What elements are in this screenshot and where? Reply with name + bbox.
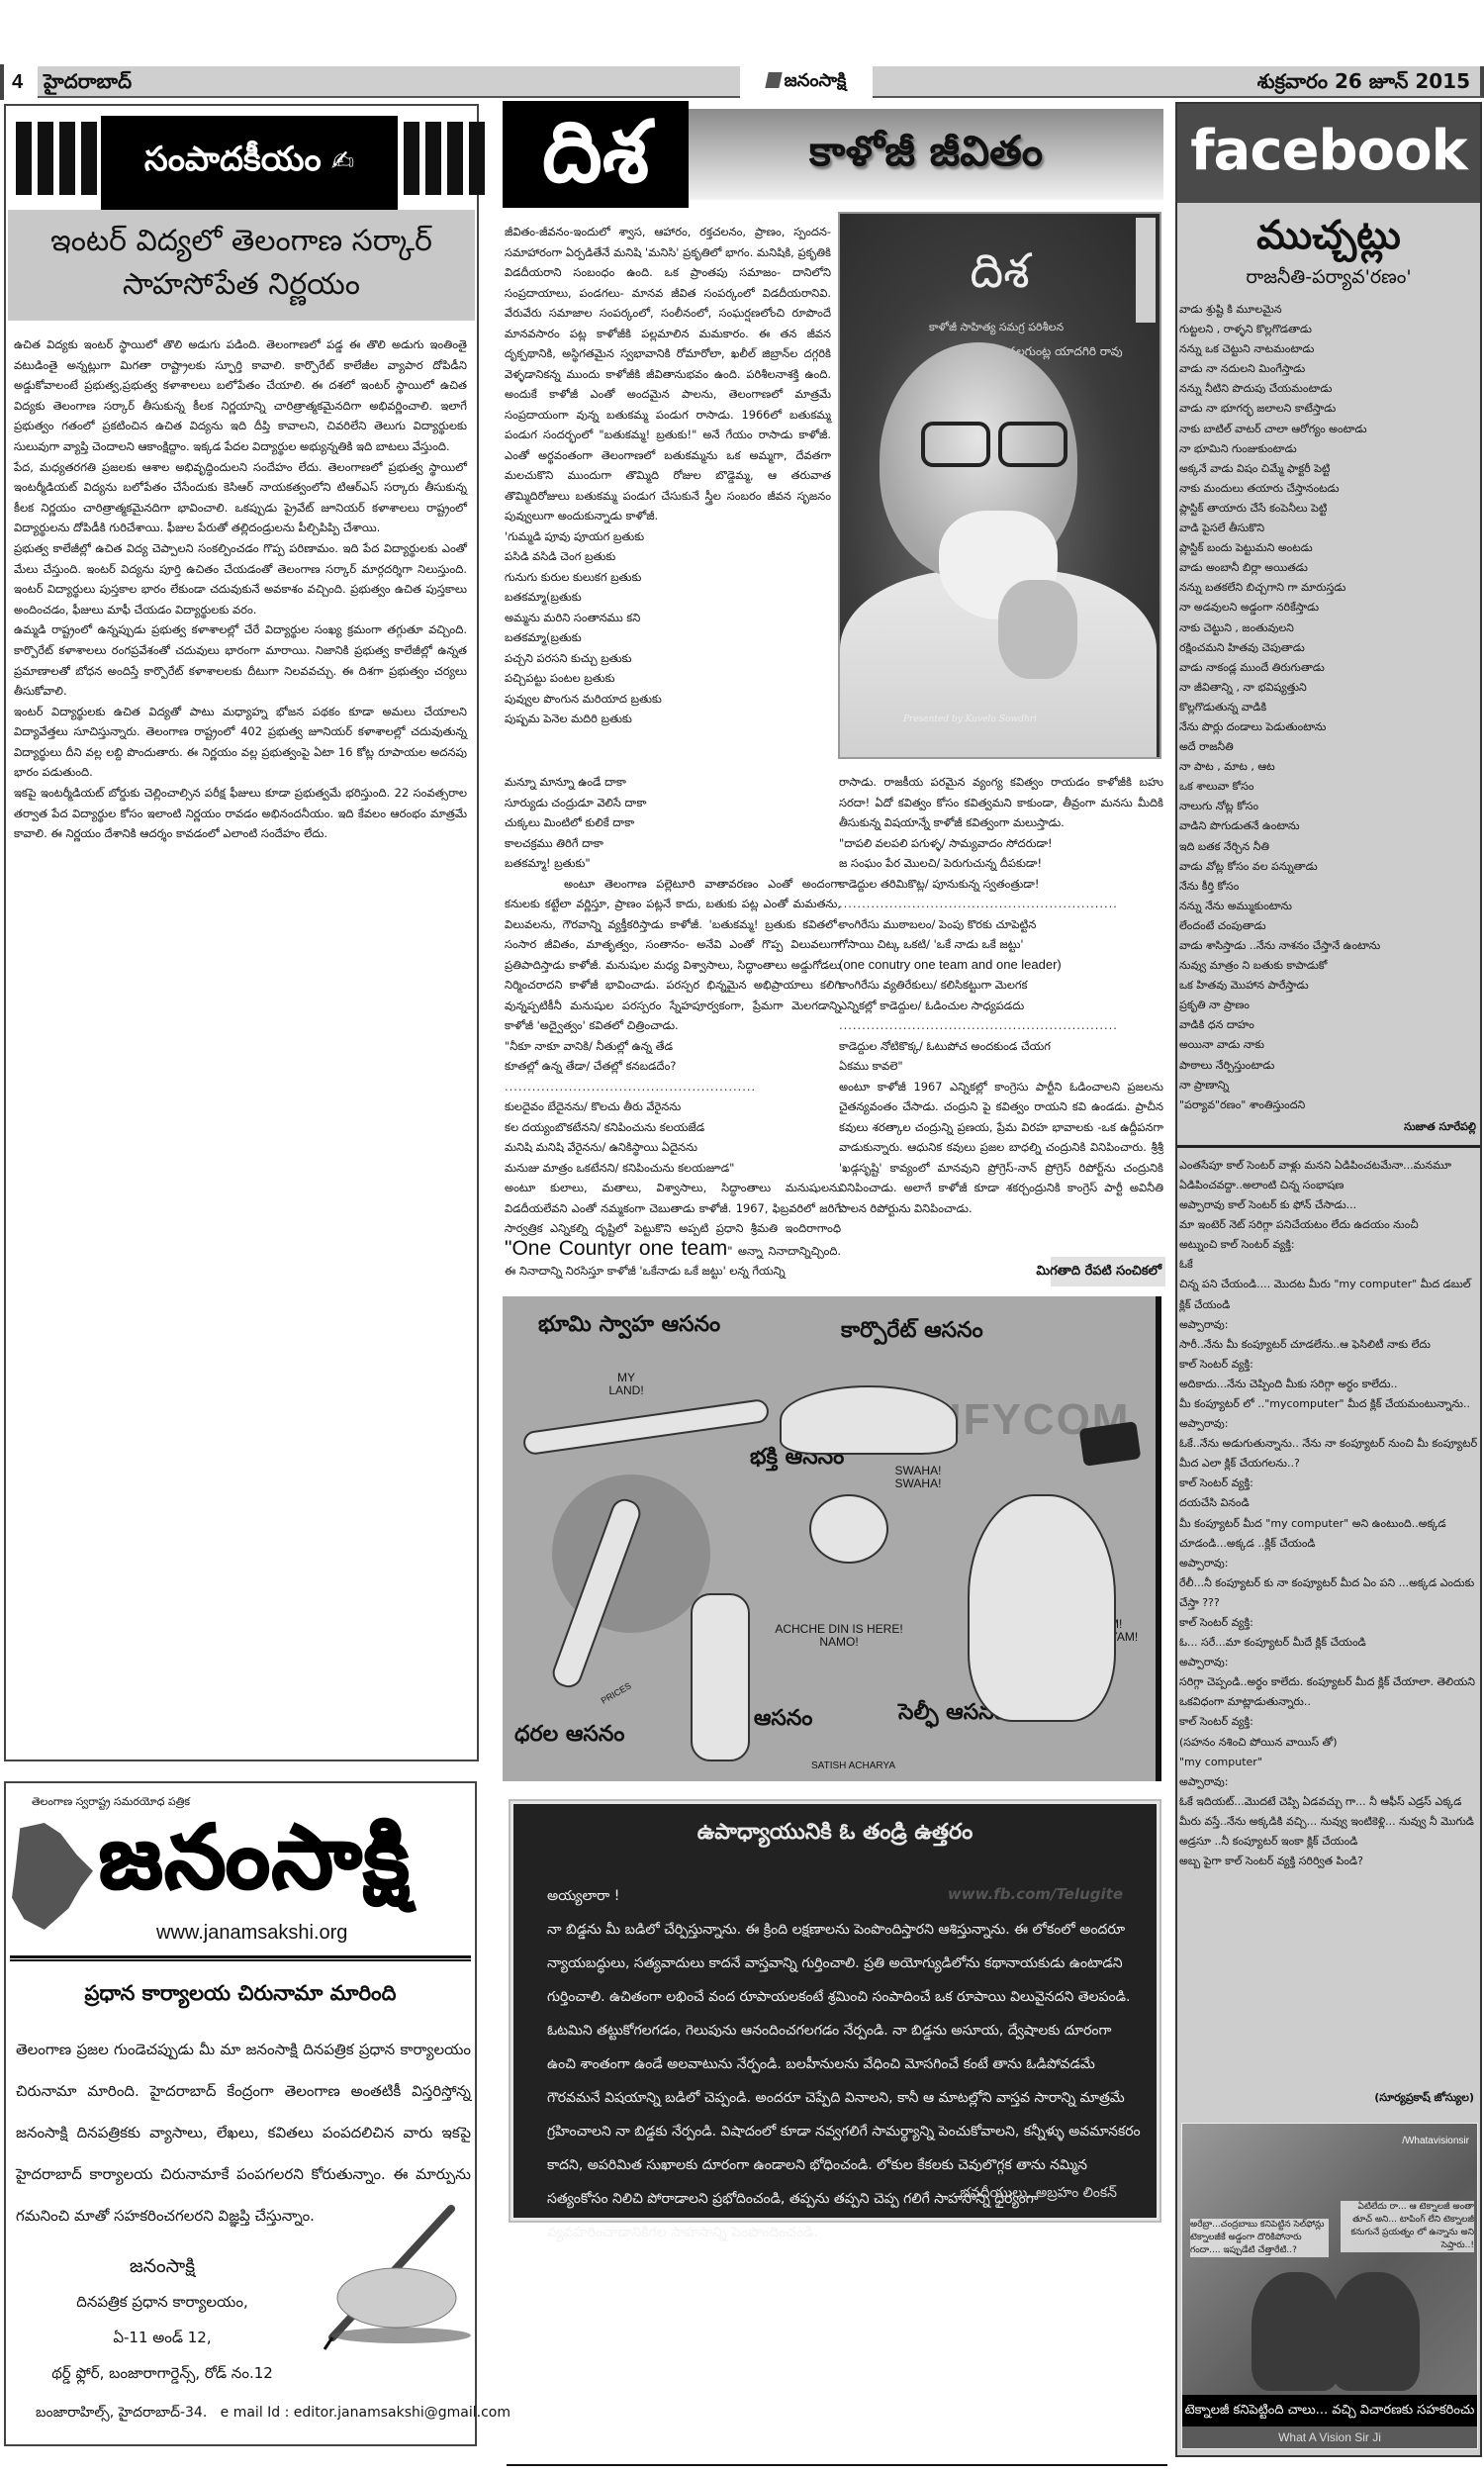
call-center-joke: ఎంతసేపూ కాల్ సెంటర్ వాళ్లు మనని ఏడిపించట… [1177,1156,1480,1871]
editorial-headline: ఇంటర్ విద్యలో తెలంగాణ సర్కార్ సాహసోపేత న… [8,210,475,321]
decorative-stripes-left [16,122,97,195]
meme-quote-right: ఏటిలేదు రా... ఆ టెక్నాలజీ అంతా తూచ్ అని.… [1341,2201,1474,2252]
poem-line: సూర్యుడు చంద్రుడూ వెలిసే దాకా [505,793,841,813]
meme-caption: టెక్నాలజీ కనిపెట్టింది చాలు... వచ్చి విచ… [1182,2395,1477,2426]
cartoon-label: భూమి స్వాహ ఆసనం [538,1312,720,1342]
paragraph: ఉమ్మడి రాష్ట్రంలో ఉన్నప్పుడు ప్రభుత్వ కళ… [14,619,467,701]
divider [10,1955,471,1961]
portrait-glasses [907,422,1075,467]
decorative-stripes-right [404,122,485,195]
poem-line: "దాపలి వలపలి పగుళ్ళ/ సామ్యవాదం సోదరుడా! [839,833,1163,854]
paragraph: ఉచిత విద్యకు ఇంటర్ స్థాయిలో తొలి అడుగు ప… [14,334,467,457]
selfie-figure [968,1494,1116,1722]
person-figure [1252,2272,1341,2391]
poem-line: 'గుమ్మడి పూవు పూయగ బ్రతుకు [505,526,831,547]
page-number: 4 [0,64,38,100]
corporate-figure [780,1385,958,1455]
paragraph: ఇకపై ఇంటర్మీడియట్ బోర్డుకు చెల్లించాల్సి… [14,783,467,844]
poem-line-english: (one conutry one team and one leader) [839,955,1163,976]
poem-line: పసిడి వసిడి చెంగ బ్రతుకు [505,546,831,567]
continued-next-issue-label: మిగతాది రేపటి సంచికలో [1051,1257,1165,1286]
devotee-figure [809,1494,888,1564]
facebook-page-tag: /Whatavisionsir [1402,2136,1469,2146]
ad-website-link[interactable]: www.janamsakshi.org [156,1922,347,1945]
poem-line: కాంగిరేసు వ్యతిరేకులు/ కలిసికట్టుగా మెలగ… [839,975,1163,996]
separator-dots: ........................................… [839,894,1163,914]
poem-line: అమ్మను మరిని సంతానము కని [505,608,831,628]
facebook-subtitle: రాజనీతి-పర్యావ'రణం' [1177,262,1480,292]
logo-icon [765,72,782,88]
poem-author: సుజాత సూరేపల్లి [1177,1115,1480,1139]
article-paragraph: అంటూ తెలంగాణ పల్లెటూరి వాతావరణం ఎంతో అంద… [505,874,841,1036]
poem-line: ఏకము కావలె" [839,1056,1163,1077]
separator-dots: ........................................… [505,1077,841,1097]
poem-line: కాడెద్దుల తరిమికొట్ల/ పూనుకున్న స్వతంత్ర… [839,874,1163,895]
poem-line: కాంగిరేసు ముఠాబలం/ పెంపు కొరకు చూపెట్టిన [839,914,1163,935]
phone-icon [1079,1421,1142,1467]
cartoonist-signature: SATISH ACHARYA [811,1761,895,1771]
meme-credit: What A Vision Sir Ji [1182,2426,1477,2448]
poem-line: పువ్వుల పొంగున మరియాద బ్రతుకు [505,689,831,710]
farmer-figure [522,1398,771,1457]
price-tag: PRICES [592,1675,641,1711]
poem-line: గునుగు కురుల కులుకగ బ్రతుకు [505,567,831,588]
speech-bubble: ACHCHE DIN IS HERE! NAMO! [770,1623,908,1649]
article-paragraph: అంటూ కులాలు, మతాలు, విశ్వాసాలు, సిద్ధాంత… [505,1178,841,1282]
portrait-hand [998,580,1077,679]
facebook-section-title: ముచ్చట్లు [1177,209,1480,262]
speech-bubble: SWAHA! SWAHA! [888,1465,948,1490]
poem-line: బతకమ్మా! బ్రతుకు" [505,853,841,874]
political-cartoon: SIFYCOM భూమి స్వాహ ఆసనం కార్పొరేట్ ఆసనం … [503,1296,1161,1781]
poem-line: కాలచక్రము తిరిగే దాకా [505,833,841,854]
poem-line: పుష్పమ పెనెల మదిరి బ్రతుకు [505,709,831,729]
joke-author: (సూర్యప్రకాష్ జోస్యుల) [1374,2091,1474,2107]
editorial-title: సంపాదకీయం✍ [101,116,398,210]
writing-hand-icon [303,2189,471,2357]
telangana-map-icon [12,1823,93,1930]
poem-line: ఎన్నికల్లో కాడెద్దుల/ ఓడించుల సాధ్యపడదు [839,996,1163,1016]
article-column-2: మన్నూ మాన్నూ ఉండే దాకా సూర్యుడు చంద్రుడూ… [505,772,841,1282]
poem-line: గోసాయి చిట్క ఒకటి/ 'ఒకే నాడు ఒకే జట్టు' [839,934,1163,955]
book-signature: Presented by Kuvelu Sowdhri [903,714,1037,724]
disha-subtitle: కాళోజీ జీవితం [689,109,1163,200]
poem-line: బతకమ్మా(బ్రతుకు [505,627,831,648]
speech-bubble: MY LAND! [602,1372,651,1397]
pen-icon: ✍ [331,118,354,205]
article-column-1: జీవితం-జీవనం-ఇందులో శ్వాస, ఆహారం, రక్తచల… [505,222,831,729]
book-title: దిశ [840,243,1159,311]
poem-line: చుక్కలు మింటిలో కులికే దాకా [505,812,841,833]
ad-email-link[interactable]: e mail Id : editor.janamsakshi@gmail.com [221,2405,510,2421]
father-letter-box: ఉపాధ్యాయునికి ఓ తండ్రి ఉత్తరం www.fb.com… [510,1801,1159,2221]
divider [507,2464,1167,2466]
disha-header: దిశ కాళోజీ జీవితం [503,99,1163,208]
masthead: 4 హైదరాబాద్ జనంసాక్షి శుక్రవారం 26 జూన్ … [0,64,1484,100]
issue-date: శుక్రవారం 26 జూన్ 2015 [873,66,1484,98]
paper-logo: జనంసాక్షి [740,64,873,100]
editorial-body: ఉచిత విద్యకు ఇంటర్ స్థాయిలో తొలి అడుగు ప… [6,321,477,844]
woman-figure [691,1593,750,1761]
poem-line: కల దయ్యంబొకటేనని/ కనిపించును కలయజేడ [505,1117,841,1138]
letter-title: ఉపాధ్యాయునికి ఓ తండ్రి ఉత్తరం [513,1820,1157,1850]
ad-contact: బంజారాహిల్స్, హైదరాబాద్-34. e mail Id : … [36,2405,510,2424]
paragraph: ప్రభుత్వ కాలేజీల్లో ఉచిత విద్య చెప్పాలని… [14,538,467,619]
ad-logo: జనంసాక్షి [99,1803,411,1912]
facebook-logo: facebook [1177,104,1480,203]
ad-address: జనంసాక్షి దినపత్రిక ప్రధాన కార్యాలయం, ఏ-… [14,2248,311,2391]
book-cover-image: దిశ కాళోజీ సాహిత్య సమగ్ర పరిశీలన డా. నల్… [838,212,1161,759]
editorial-section: సంపాదకీయం✍ ఇంటర్ విద్యలో తెలంగాణ సర్కార్… [4,104,479,1761]
poem-line: పచ్చని పరసని కుచ్చు బ్రతుకు [505,648,831,669]
poem-line: బతకమ్మా(బ్రతుకు [505,587,831,608]
facebook-poem: వాడు శ్రుష్టి కి మూలమైనగుట్టలని , రాళ్ళన… [1177,300,1480,1115]
section-name: హైదరాబాద్ [38,66,740,98]
paragraph: పేద, మధ్యతరగతి ప్రజలకు ఆశాల అభివృద్ధిందు… [14,457,467,538]
letter-signature: భవదీయులు, అబ్రహం లింకన్ [960,2185,1117,2204]
poem-line: "నీకూ నాకూ వానికి/ నీతుల్లో ఉన్న తేడ [505,1036,841,1057]
cartoon-label: ధరల ఆసనం [514,1722,624,1752]
poem-line: పచ్చిపట్టు పంటల బ్రతుకు [505,668,831,689]
poem-line: మనిషి మనిషి వేరైనను/ ఉనికిస్థాయి ఏదైనను [505,1137,841,1158]
address-change-ad: తెలంగాణ స్వరాష్ట్ర సమరయోధ పత్రిక జనంసాక్… [4,1781,477,2446]
poem-line: జ సంఘం పేర మొలచి/ పెరుగుచున్న దీపకుడా! [839,853,1163,874]
cartoon-label: కార్పొరేట్ ఆసనం [841,1318,983,1348]
book-subtitle: కాళోజీ సాహిత్య సమగ్ర పరిశీలన [929,321,1064,336]
editorial-banner: సంపాదకీయం✍ [10,116,473,210]
divider [1177,1145,1480,1148]
paper-name: జనంసాక్షి [785,70,847,91]
person-figure [1331,2272,1420,2391]
poem-line: మనుజు మాత్రం ఒకటేనని/ కనిపించును కలయజూడ" [505,1158,841,1179]
paragraph: ఇంటర్ విద్యార్థులకు ఉచిత విద్యతో పాటు మధ… [14,702,467,783]
poem-line: కులదైవం బేదైనను/ కొలచు తీరు వేరైనను [505,1096,841,1117]
poem-line: మన్నూ మాన్నూ ఉండే దాకా [505,772,841,793]
poem-line: కాడెద్దుల నోటికొక్క/ ఓటుపోచ అందకుండ చేయగ [839,1036,1163,1057]
article-paragraph: అంటూ కాళోజీ 1967 ఎన్నికల్లో కాంగ్రెసు పా… [839,1077,1163,1219]
article-paragraph: రాసాడు. రాజకీయ పరమైన వ్యంగ్య కవిత్వం రాయ… [839,772,1163,833]
article-paragraph: జీవితం-జీవనం-ఇందులో శ్వాస, ఆహారం, రక్తచల… [505,222,831,526]
meme-quote-left: అరేబ్రా...చంద్రబాబు కనిపెట్టిన సెల్‌ఫోన్… [1190,2219,1329,2257]
article-column-3: రాసాడు. రాజకీయ పరమైన వ్యంగ్య కవిత్వం రాయ… [839,772,1163,1218]
meme-image: /Whatavisionsir అరేబ్రా...చంద్రబాబు కనిప… [1181,2123,1478,2449]
disha-title: దిశ [503,101,689,208]
facebook-column: facebook ముచ్చట్లు రాజనీతి-పర్యావ'రణం' వ… [1175,102,1482,2457]
ad-headline: ప్రధాన కార్యాలయ చిరునామా మారింది [6,1981,475,2011]
poem-line: కూతల్లో ఉన్న తేడా/ చేతల్లో కనబడదేం? [505,1056,841,1077]
letter-salutation: అయ్యలారా ! [547,1879,1141,1913]
separator-dots: ........................................… [839,1015,1163,1036]
